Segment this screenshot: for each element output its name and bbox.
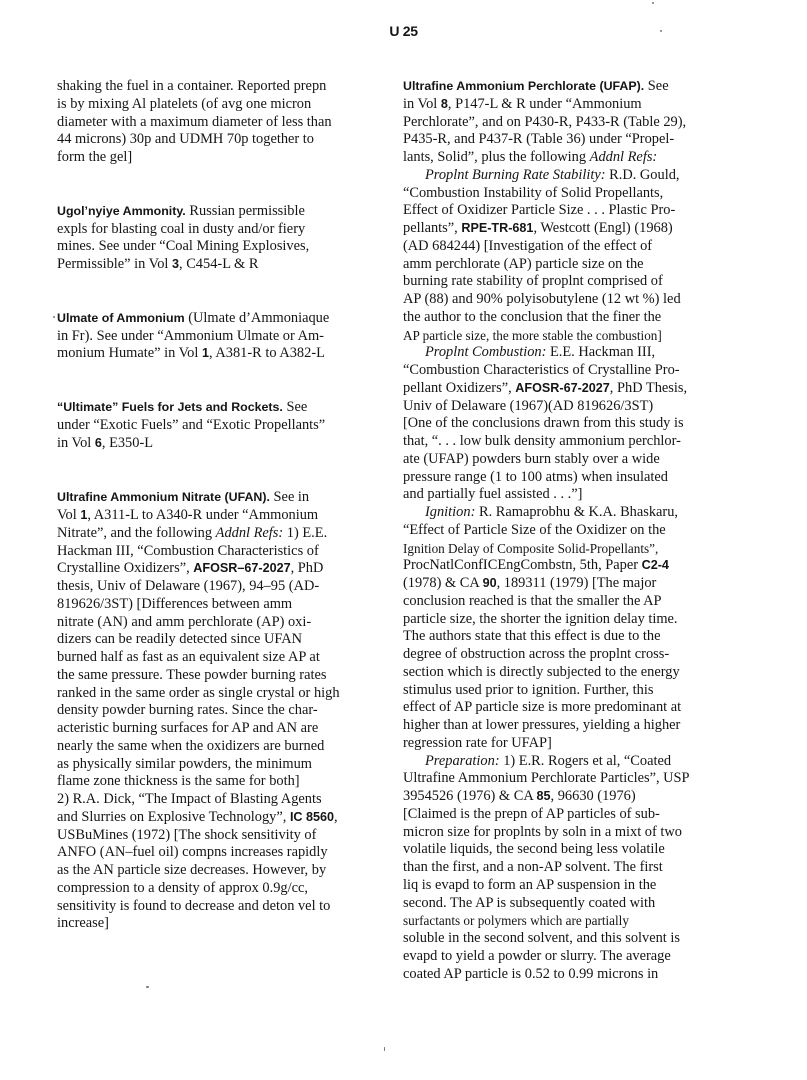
scan-speck xyxy=(652,2,654,4)
volume-number: 85 xyxy=(537,789,551,803)
text-run: Crystalline Oxidizers”, xyxy=(57,560,193,576)
text-line: pressure range (1 to 100 atms) when insu… xyxy=(403,469,743,487)
text-run: , xyxy=(334,809,338,825)
text-run: and Slurries on Explosive Technology”, xyxy=(57,809,290,825)
text-line: is by mixing Al platelets (of avg one mi… xyxy=(57,96,377,114)
text-run: , PhD xyxy=(291,560,324,576)
text-run: 3954526 (1976) & CA xyxy=(403,788,537,804)
text-run: pellant Oxidizers”, xyxy=(403,380,515,396)
text-line: effect of AP particle size is more predo… xyxy=(403,699,743,717)
scan-speck xyxy=(146,986,149,988)
text-line: Univ of Delaware (1967)(AD 819626/3ST) xyxy=(403,398,743,416)
text-line: thesis, Univ of Delaware (1967), 94–95 (… xyxy=(57,578,377,596)
text-line: conclusion reached is that the smaller t… xyxy=(403,593,743,611)
subsection-label-stability: Proplnt Burning Rate Stability: xyxy=(425,167,606,183)
left-column: shaking the fuel in a container. Reporte… xyxy=(57,78,377,933)
report-number: RPE-TR-681 xyxy=(461,221,533,235)
text-line: sensitivity is found to decrease and det… xyxy=(57,898,377,916)
text-run: lants, Solid”, plus the following xyxy=(403,149,590,165)
text-line: regression rate for UFAP] xyxy=(403,735,743,753)
text-line: particle size, the shorter the ignition … xyxy=(403,611,743,629)
entry-gap xyxy=(57,363,377,399)
entry-ugolnyiye-ammonity: Ugol’nyiye Ammonity. Russian permissible… xyxy=(57,203,377,274)
text-line: P435-R, and P437-R (Table 36) under “Pro… xyxy=(403,131,743,149)
text-line: burning rate stability of proplnt compri… xyxy=(403,273,743,291)
text-run: 1) E.R. Rogers et al, “Coated xyxy=(500,753,671,769)
text-run: monium Humate” in Vol xyxy=(57,345,202,361)
text-line: USBuMines (1972) [The shock sensitivity … xyxy=(57,827,377,845)
text-line: and partially fuel assisted . . .”] xyxy=(403,486,743,504)
text-line: expls for blasting coal in dusty and/or … xyxy=(57,221,377,239)
text-line: in Fr). See under “Ammonium Ulmate or Am… xyxy=(57,328,377,346)
text-run: , E350-L xyxy=(102,435,153,451)
text-line: micron size for proplnts by soln in a mi… xyxy=(403,824,743,842)
report-number: AFOSR–67-2027 xyxy=(193,561,290,575)
text-run: Russian permissible xyxy=(186,203,305,219)
text-run: , C454-L & R xyxy=(179,256,258,272)
text-line: flame zone thickness is the same for bot… xyxy=(57,773,377,791)
report-number: AFOSR-67-2027 xyxy=(515,381,610,395)
text-line: “Combustion Instability of Solid Propell… xyxy=(403,185,743,203)
scan-speck xyxy=(384,1047,385,1051)
text-line: “Combustion Characteristics of Crystalli… xyxy=(403,362,743,380)
text-line: diameter with a maximum diameter of less… xyxy=(57,114,377,132)
text-line: mines. See under “Coal Mining Explosives… xyxy=(57,238,377,256)
report-number: C2-4 xyxy=(642,558,669,572)
text-run: , PhD Thesis, xyxy=(610,380,687,396)
entry-headword: “Ultimate” Fuels for Jets and Rockets. xyxy=(57,400,283,414)
text-line: [One of the conclusions drawn from this … xyxy=(403,415,743,433)
text-line: [Claimed is the prepn of AP particles of… xyxy=(403,806,743,824)
text-line: under “Exotic Fuels” and “Exotic Propell… xyxy=(57,417,377,435)
scan-speck xyxy=(660,30,662,32)
text-line: ate (UFAP) powders burn stably over a wi… xyxy=(403,451,743,469)
text-line: the same pressure. These powder burning … xyxy=(57,667,377,685)
text-line: dizers can be readily detected since UFA… xyxy=(57,631,377,649)
text-run: Vol xyxy=(57,507,80,523)
text-run: ProcNatlConfICEngCombstn, 5th, Paper xyxy=(403,557,642,573)
text-run: See xyxy=(644,78,668,94)
text-line: the author to the conclusion that the fi… xyxy=(403,309,743,327)
text-run: E.E. Hackman III, xyxy=(546,344,655,360)
text-line: second. The AP is subsequently coated wi… xyxy=(403,895,743,913)
text-line: (AD 684244) [Investigation of the effect… xyxy=(403,238,743,256)
text-run: 1) E.E. xyxy=(283,525,327,541)
text-line: stimulus used prior to ignition. Further… xyxy=(403,682,743,700)
text-line: coated AP particle is 0.52 to 0.99 micro… xyxy=(403,966,743,984)
text-line: Perchlorate”, and on P430-R, P433-R (Tab… xyxy=(403,114,743,132)
subsection-label-ignition: Ignition: xyxy=(425,504,475,520)
text-line: as physically similar powders, the minim… xyxy=(57,756,377,774)
entry-headword: Ulmate of Ammonium xyxy=(57,311,185,325)
text-line: The authors state that this effect is du… xyxy=(403,628,743,646)
continuation-paragraph: shaking the fuel in a container. Reporte… xyxy=(57,78,377,167)
entry-headword: Ultrafine Ammonium Perchlorate (UFAP). xyxy=(403,79,644,93)
text-line: 2) R.A. Dick, “The Impact of Blasting Ag… xyxy=(57,791,377,809)
text-line: form the gel] xyxy=(57,149,377,167)
volume-number: 3 xyxy=(172,257,179,271)
volume-number: 8 xyxy=(441,97,448,111)
subsection-label-preparation: Preparation: xyxy=(425,753,500,769)
entry-gap xyxy=(57,452,377,489)
text-run: See xyxy=(283,399,307,415)
text-run: See in xyxy=(270,489,309,505)
entry-ultrafine-ammonium-perchlorate: Ultrafine Ammonium Perchlorate (UFAP). S… xyxy=(403,78,743,983)
text-line: compression to a density of approx 0.9g/… xyxy=(57,880,377,898)
text-line: Effect of Oxidizer Particle Size . . . P… xyxy=(403,202,743,220)
italic-label: Addnl Refs: xyxy=(216,525,284,541)
text-run: Permissible” in Vol xyxy=(57,256,172,272)
text-line: AP particle size, the more stable the co… xyxy=(403,327,743,345)
entry-ulmate-of-ammonium: Ulmate of Ammonium (Ulmate d’Ammoniaque … xyxy=(57,310,377,363)
text-line: “Effect of Particle Size of the Oxidizer… xyxy=(403,522,743,540)
text-line: nitrate (AN) and amm perchlorate (AP) ox… xyxy=(57,614,377,632)
text-line: ANFO (AN–fuel oil) compns increases rapi… xyxy=(57,844,377,862)
text-line: 819626/3ST) [Differences between amm xyxy=(57,596,377,614)
text-run: in Vol xyxy=(57,435,95,451)
text-run: R. Ramaprobhu & K.A. Bhaskaru, xyxy=(475,504,678,520)
text-line: than the first, and a non-AP solvent. Th… xyxy=(403,859,743,877)
text-line: acteristic burning surfaces for AP and A… xyxy=(57,720,377,738)
text-line: section which is directly subjected to t… xyxy=(403,664,743,682)
text-line: shaking the fuel in a container. Reporte… xyxy=(57,78,377,96)
text-line: density powder burning rates. Since the … xyxy=(57,702,377,720)
text-line: degree of obstruction across the proplnt… xyxy=(403,646,743,664)
italic-label: Addnl Refs: xyxy=(590,149,658,165)
text-run: in Vol xyxy=(403,96,441,112)
text-line: liq is evapd to form an AP suspension in… xyxy=(403,877,743,895)
text-line: 44 microns) 30p and UDMH 70p together to xyxy=(57,131,377,149)
text-run: , A311-L to A340-R under “Ammonium xyxy=(87,507,318,523)
text-line: as the AN particle size decreases. Howev… xyxy=(57,862,377,880)
text-line: burned half as fast as an equivalent siz… xyxy=(57,649,377,667)
text-run: R.D. Gould, xyxy=(606,167,680,183)
text-run: (Ulmate d’Ammoniaque xyxy=(185,310,330,326)
right-column: Ultrafine Ammonium Perchlorate (UFAP). S… xyxy=(403,78,743,983)
text-run: pellants”, xyxy=(403,220,461,236)
report-number: IC 8560 xyxy=(290,810,334,824)
text-line: Hackman III, “Combustion Characteristics… xyxy=(57,543,377,561)
text-line: nearly the same when the oxidizers are b… xyxy=(57,738,377,756)
text-line: that, “. . . low bulk density ammonium p… xyxy=(403,433,743,451)
text-run: (1978) & CA xyxy=(403,575,483,591)
volume-number: 1 xyxy=(202,346,209,360)
text-run: , 96630 (1976) xyxy=(551,788,636,804)
entry-headword: Ultrafine Ammonium Nitrate (UFAN). xyxy=(57,490,270,504)
entry-gap xyxy=(57,167,377,203)
scan-speck xyxy=(53,316,55,318)
page-number-header: U 25 xyxy=(0,23,807,39)
entry-headword: Ugol’nyiye Ammonity. xyxy=(57,204,186,218)
entry-gap xyxy=(57,274,377,310)
text-line: ranked in the same order as single cryst… xyxy=(57,685,377,703)
text-run: , P147-L & R under “Ammonium xyxy=(448,96,642,112)
text-line: evapd to yield a powder or slurry. The a… xyxy=(403,948,743,966)
text-line: AP (88) and 90% polyisobutylene (12 wt %… xyxy=(403,291,743,309)
text-run: , Westcott (Engl) (1968) xyxy=(533,220,672,236)
volume-number: 6 xyxy=(95,436,102,450)
subsection-label-combustion: Proplnt Combustion: xyxy=(425,344,546,360)
text-line: soluble in the second solvent, and this … xyxy=(403,930,743,948)
text-line: Ultrafine Ammonium Perchlorate Particles… xyxy=(403,770,743,788)
entry-ultimate-fuels: “Ultimate” Fuels for Jets and Rockets. S… xyxy=(57,399,377,452)
text-run: , 189311 (1979) [The major xyxy=(497,575,657,591)
entry-ultrafine-ammonium-nitrate: Ultrafine Ammonium Nitrate (UFAN). See i… xyxy=(57,489,377,933)
volume-number: 90 xyxy=(483,576,497,590)
text-line: increase] xyxy=(57,915,377,933)
text-line: volatile liquids, the second being less … xyxy=(403,841,743,859)
text-line: amm perchlorate (AP) particle size on th… xyxy=(403,256,743,274)
text-line: Ignition Delay of Composite Solid-Propel… xyxy=(403,540,743,558)
text-run: , A381-R to A382-L xyxy=(209,345,325,361)
text-run: Nitrate”, and the following xyxy=(57,525,216,541)
text-line: higher than at lower pressures, yielding… xyxy=(403,717,743,735)
text-line: surfactants or polymers which are partia… xyxy=(403,912,743,930)
